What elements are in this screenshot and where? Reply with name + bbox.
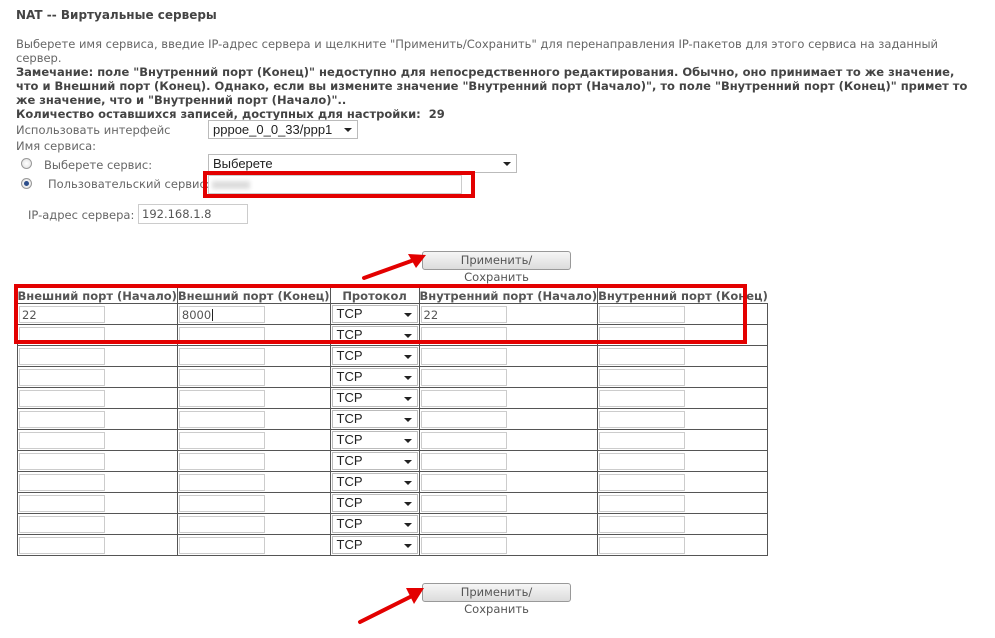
ext-start-cell [18, 430, 178, 451]
ext-end-cell [177, 430, 330, 451]
service-name-label: Имя сервиса: [16, 139, 96, 153]
ext-start-cell [18, 451, 178, 472]
protocol-select[interactable]: TCP [332, 389, 418, 407]
table-row: TCP [18, 514, 768, 535]
protocol-value: TCP [337, 411, 363, 426]
int-end-input[interactable] [599, 537, 685, 554]
chevron-down-icon [404, 544, 412, 548]
protocol-cell: TCP [330, 451, 419, 472]
service-select-value: Выберете [213, 156, 273, 171]
ext-end-input[interactable] [179, 495, 265, 512]
protocol-cell: TCP [330, 409, 419, 430]
protocol-cell: TCP [330, 535, 419, 556]
select-service-radio[interactable] [21, 158, 32, 169]
ext-start-input[interactable] [19, 348, 105, 365]
int-start-input[interactable] [421, 516, 507, 533]
chevron-down-icon [404, 439, 412, 443]
protocol-value: TCP [337, 516, 363, 531]
ext-start-input[interactable] [19, 411, 105, 428]
interface-select[interactable]: pppoe_0_0_33/ppp1 [208, 120, 358, 139]
highlight-box-table [14, 284, 747, 344]
protocol-cell: TCP [330, 472, 419, 493]
int-end-input[interactable] [599, 495, 685, 512]
protocol-value: TCP [337, 474, 363, 489]
protocol-select[interactable]: TCP [332, 515, 418, 533]
ext-end-cell [177, 409, 330, 430]
int-end-input[interactable] [599, 516, 685, 533]
protocol-cell: TCP [330, 346, 419, 367]
red-arrow-icon [356, 582, 428, 626]
table-row: TCP [18, 472, 768, 493]
protocol-cell: TCP [330, 367, 419, 388]
int-start-cell [419, 388, 598, 409]
ext-end-input[interactable] [179, 453, 265, 470]
ext-start-input[interactable] [19, 474, 105, 491]
int-end-input[interactable] [599, 411, 685, 428]
remaining-value: 29 [429, 107, 445, 121]
ext-start-cell [18, 367, 178, 388]
protocol-value: TCP [337, 537, 363, 552]
table-row: TCP [18, 493, 768, 514]
ext-end-cell [177, 451, 330, 472]
ext-end-input[interactable] [179, 537, 265, 554]
apply-save-button-bottom[interactable]: Применить/Сохранить [422, 583, 571, 602]
int-end-cell [598, 346, 768, 367]
ext-end-cell [177, 472, 330, 493]
remaining-label: Количество оставшихся записей, доступных… [16, 107, 421, 121]
int-start-input[interactable] [421, 432, 507, 449]
int-start-input[interactable] [421, 453, 507, 470]
int-end-input[interactable] [599, 453, 685, 470]
ext-start-cell [18, 472, 178, 493]
chevron-down-icon [404, 460, 412, 464]
ext-start-cell [18, 535, 178, 556]
ext-end-cell [177, 367, 330, 388]
ext-end-cell [177, 388, 330, 409]
table-row: TCP [18, 535, 768, 556]
protocol-select[interactable]: TCP [332, 368, 418, 386]
table-row: TCP [18, 430, 768, 451]
table-row: TCP [18, 388, 768, 409]
int-end-cell [598, 493, 768, 514]
chevron-down-icon [404, 355, 412, 359]
protocol-cell: TCP [330, 388, 419, 409]
ext-start-cell [18, 493, 178, 514]
table-row: TCP [18, 409, 768, 430]
int-start-input[interactable] [421, 474, 507, 491]
int-end-input[interactable] [599, 348, 685, 365]
ext-end-input[interactable] [179, 432, 265, 449]
protocol-select[interactable]: TCP [332, 494, 418, 512]
ext-end-input[interactable] [179, 390, 265, 407]
ext-start-input[interactable] [19, 537, 105, 554]
chevron-down-icon [344, 128, 352, 132]
int-start-input[interactable] [421, 348, 507, 365]
ext-end-input[interactable] [179, 369, 265, 386]
int-start-cell [419, 451, 598, 472]
highlight-box-service [203, 171, 475, 198]
int-start-input[interactable] [421, 411, 507, 428]
ext-end-input[interactable] [179, 348, 265, 365]
int-end-cell [598, 367, 768, 388]
interface-value: pppoe_0_0_33/ppp1 [213, 122, 332, 137]
table-row: TCP [18, 346, 768, 367]
table-row: TCP [18, 451, 768, 472]
chevron-down-icon [503, 162, 511, 166]
chevron-down-icon [404, 376, 412, 380]
server-ip-label: IP-адрес сервера: [28, 208, 134, 222]
description-block: Выберете имя сервиса, введие IP-адрес се… [16, 37, 976, 121]
red-arrow-icon [360, 250, 430, 282]
ext-start-cell [18, 346, 178, 367]
protocol-cell: TCP [330, 514, 419, 535]
apply-save-button-top[interactable]: Применить/Сохранить [422, 251, 571, 270]
ext-end-input[interactable] [179, 474, 265, 491]
chevron-down-icon [404, 397, 412, 401]
protocol-value: TCP [337, 369, 363, 384]
protocol-cell: TCP [330, 430, 419, 451]
int-end-cell [598, 388, 768, 409]
int-start-cell [419, 472, 598, 493]
int-end-cell [598, 430, 768, 451]
int-start-cell [419, 409, 598, 430]
ext-end-input[interactable] [179, 516, 265, 533]
interface-label: Использовать интерфейс [16, 123, 171, 137]
int-end-input[interactable] [599, 474, 685, 491]
protocol-value: TCP [337, 453, 363, 468]
int-end-cell [598, 451, 768, 472]
int-end-input[interactable] [599, 390, 685, 407]
ext-start-input[interactable] [19, 390, 105, 407]
protocol-select[interactable]: TCP [332, 431, 418, 449]
ext-end-cell [177, 535, 330, 556]
int-end-input[interactable] [599, 432, 685, 449]
ext-start-cell [18, 388, 178, 409]
int-start-cell [419, 493, 598, 514]
remaining-entries: Количество оставшихся записей, доступных… [16, 107, 976, 121]
int-start-cell [419, 367, 598, 388]
custom-service-radio[interactable] [21, 178, 32, 189]
int-start-cell [419, 346, 598, 367]
ext-end-input[interactable] [179, 411, 265, 428]
ext-start-input[interactable] [19, 495, 105, 512]
int-end-cell [598, 409, 768, 430]
protocol-value: TCP [337, 390, 363, 405]
chevron-down-icon [404, 418, 412, 422]
page-title: NAT -- Виртуальные серверы [16, 8, 217, 22]
protocol-cell: TCP [330, 493, 419, 514]
int-start-input[interactable] [421, 390, 507, 407]
description-text: Выберете имя сервиса, введие IP-адрес се… [16, 37, 976, 65]
ext-end-cell [177, 346, 330, 367]
int-end-cell [598, 535, 768, 556]
note-text: Замечание: поле "Внутренний порт (Конец)… [16, 65, 976, 107]
protocol-value: TCP [337, 495, 363, 510]
int-start-input[interactable] [421, 495, 507, 512]
ext-start-cell [18, 514, 178, 535]
int-end-cell [598, 472, 768, 493]
custom-service-label: Пользовательский сервис: [48, 177, 210, 191]
protocol-value: TCP [337, 348, 363, 363]
int-start-cell [419, 430, 598, 451]
table-row: TCP [18, 367, 768, 388]
ext-start-input[interactable] [19, 369, 105, 386]
protocol-select[interactable]: TCP [332, 410, 418, 428]
ext-start-input[interactable] [19, 453, 105, 470]
protocol-select[interactable]: TCP [332, 452, 418, 470]
int-start-input[interactable] [421, 369, 507, 386]
chevron-down-icon [404, 502, 412, 506]
protocol-select[interactable]: TCP [332, 473, 418, 491]
chevron-down-icon [404, 523, 412, 527]
ext-start-input[interactable] [19, 432, 105, 449]
protocol-select[interactable]: TCP [332, 347, 418, 365]
ext-end-cell [177, 493, 330, 514]
protocol-value: TCP [337, 432, 363, 447]
int-start-input[interactable] [421, 537, 507, 554]
chevron-down-icon [404, 481, 412, 485]
server-ip-input[interactable]: 192.168.1.8 [138, 204, 248, 224]
select-service-label: Выберете сервис: [44, 158, 152, 172]
ext-end-cell [177, 514, 330, 535]
int-start-cell [419, 535, 598, 556]
ext-start-input[interactable] [19, 516, 105, 533]
int-end-input[interactable] [599, 369, 685, 386]
protocol-select[interactable]: TCP [332, 536, 418, 554]
int-end-cell [598, 514, 768, 535]
int-start-cell [419, 514, 598, 535]
ext-start-cell [18, 409, 178, 430]
